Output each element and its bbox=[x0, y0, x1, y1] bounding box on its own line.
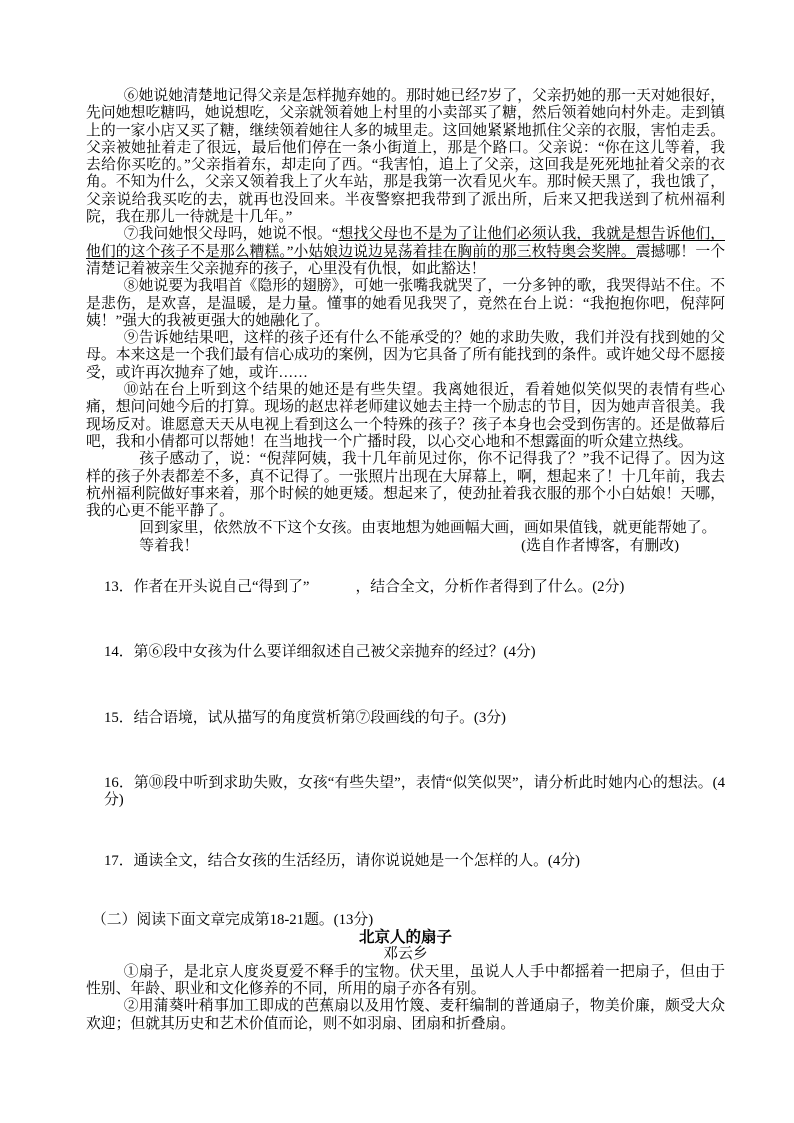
passage-paragraph-12: 回到家里，依然放不下这个女孩。由衷地想为她画幅大画，画如果值钱，就更能帮她了。 bbox=[86, 520, 725, 537]
paragraph-7-lead: ⑦我问她恨父母吗，她说不恨。“ bbox=[124, 226, 339, 242]
question-13-text-post: ，结合全文，分析作者得到了什么。(2分) bbox=[356, 579, 625, 595]
passage-two-author: 邓云乡 bbox=[86, 946, 725, 963]
passage-two-paragraph-1: ①扇子，是北京人度炎夏爱不释手的宝物。伏天里，虽说人人手中都摇着一把扇子，但由于… bbox=[86, 964, 725, 999]
passage-paragraph-10: ⑩站在台上听到这个结果的她还是有些失望。我离她很近，看着她似笑似哭的表情有些心痛… bbox=[86, 382, 725, 451]
question-13-text-pre: 13．作者在开头说自己“得到了” bbox=[104, 579, 310, 595]
closing-exclamation: 等着我！ bbox=[86, 538, 198, 555]
passage-paragraph-11: 孩子感动了，说：“倪萍阿姨，我十几年前见过你，你不记得我了？”我不记得了。因为这… bbox=[86, 451, 725, 520]
exam-page: ⑥她说她清楚地记得父亲是怎样抛弃她的。那时她已经7岁了，父亲扔她的那一天对她很好… bbox=[0, 0, 794, 1123]
question-14: 14．第⑥段中女孩为什么要详细叙述自己被父亲抛弃的经过？(4分) bbox=[104, 644, 725, 661]
source-attribution: (选自作者博客，有删改) bbox=[521, 538, 679, 555]
passage-paragraph-7: ⑦我问她恨父母吗，她说不恨。“想找父母也不是为了让他们必须认我，我就是想告诉他们… bbox=[86, 226, 725, 278]
question-13: 13．作者在开头说自己“得到了”，结合全文，分析作者得到了什么。(2分) bbox=[104, 579, 725, 596]
passage-closing-line: 等着我！ (选自作者博客，有删改) bbox=[86, 538, 725, 555]
question-16: 16．第⑩段中听到求助失败，女孩“有些失望”，表情“似笑似哭”，请分析此时她内心… bbox=[104, 775, 725, 810]
passage-two-paragraph-2: ②用蒲葵叶稍事加工即成的芭蕉扇以及用竹篾、麦秆编制的普通扇子，物美价廉，颇受大众… bbox=[86, 998, 725, 1033]
passage-paragraph-9: ⑨告诉她结果吧，这样的孩子还有什么不能承受的？她的求助失败，我们并没有找到她的父… bbox=[86, 330, 725, 382]
passage-two-title: 北京人的扇子 bbox=[86, 929, 725, 946]
question-15: 15．结合语境，试从描写的角度赏析第⑦段画线的句子。(3分) bbox=[104, 710, 725, 727]
section-two-heading: （二）阅读下面文章完成第18-21题。(13分) bbox=[92, 912, 725, 929]
passage-paragraph-8: ⑧她说要为我唱首《隐形的翅膀》，可她一张嘴我就哭了，一分多钟的歌，我哭得站不住。… bbox=[86, 278, 725, 330]
passage-paragraph-6: ⑥她说她清楚地记得父亲是怎样抛弃她的。那时她已经7岁了，父亲扔她的那一天对她很好… bbox=[86, 88, 725, 226]
question-17: 17．通读全文，结合女孩的生活经历，请你说说她是一个怎样的人。(4分) bbox=[104, 853, 725, 870]
